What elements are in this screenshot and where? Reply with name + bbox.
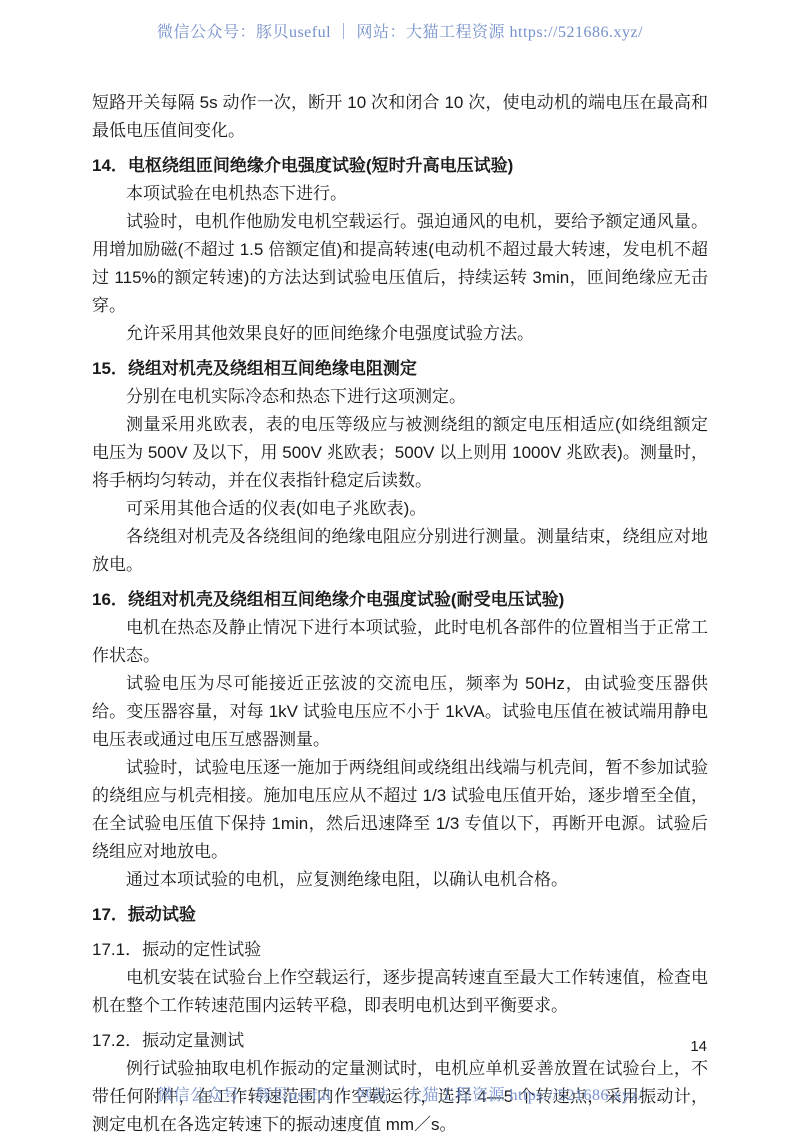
paragraph: 通过本项试验的电机，应复测绝缘电阻，以确认电机合格。	[92, 866, 708, 894]
document-page: 微信公众号：豚贝useful ｜ 网站：大猫工程资源 https://52168…	[0, 0, 800, 1132]
paragraph: 本项试验在电机热态下进行。	[92, 180, 708, 208]
paragraph: 分别在电机实际冷态和热态下进行这项测定。	[92, 383, 708, 411]
subsection-heading-17-1: 17.1．振动的定性试验	[92, 936, 708, 964]
paragraph: 电机安装在试验台上作空载运行，逐步提高转速直至最大工作转速值，检查电机在整个工作…	[92, 964, 708, 1020]
page-footer-watermark: 微信公众号：豚贝useful ｜ 网站：大猫工程资源 https://52168…	[0, 1082, 800, 1105]
subsection-heading-17-2: 17.2．振动定量测试	[92, 1027, 708, 1055]
paragraph: 电机在热态及静止情况下进行本项试验，此时电机各部件的位置相当于正常工作状态。	[92, 614, 708, 670]
paragraph: 试验电压为尽可能接近正弦波的交流电压，频率为 50Hz，由试验变压器供给。变压器…	[92, 670, 708, 754]
paragraph: 试验时，电机作他励发电机空载运行。强迫通风的电机，要给予额定通风量。用增加励磁(…	[92, 208, 708, 320]
document-body: 短路开关每隔 5s 动作一次，断开 10 次和闭合 10 次，使电动机的端电压在…	[92, 89, 708, 1132]
paragraph: 试验时，试验电压逐一施加于两绕组间或绕组出线端与机壳间，暂不参加试验的绕组应与机…	[92, 754, 708, 866]
paragraph: 允许采用其他效果良好的匝间绝缘介电强度试验方法。	[92, 320, 708, 348]
paragraph: 测量采用兆欧表，表的电压等级应与被测绕组的额定电压相适应(如绕组额定电压为 50…	[92, 411, 708, 495]
section-heading-17: 17．振动试验	[92, 901, 708, 929]
paragraph: 可采用其他合适的仪表(如电子兆欧表)。	[92, 495, 708, 523]
page-header-watermark: 微信公众号：豚贝useful ｜ 网站：大猫工程资源 https://52168…	[0, 19, 800, 42]
paragraph: 短路开关每隔 5s 动作一次，断开 10 次和闭合 10 次，使电动机的端电压在…	[92, 89, 708, 145]
page-number: 14	[690, 1038, 707, 1055]
section-heading-15: 15．绕组对机壳及绕组相互间绝缘电阻测定	[92, 355, 708, 383]
section-heading-16: 16．绕组对机壳及绕组相互间绝缘介电强度试验(耐受电压试验)	[92, 586, 708, 614]
section-heading-14: 14．电枢绕组匝间绝缘介电强度试验(短时升高电压试验)	[92, 152, 708, 180]
paragraph: 各绕组对机壳及各绕组间的绝缘电阻应分别进行测量。测量结束，绕组应对地放电。	[92, 523, 708, 579]
